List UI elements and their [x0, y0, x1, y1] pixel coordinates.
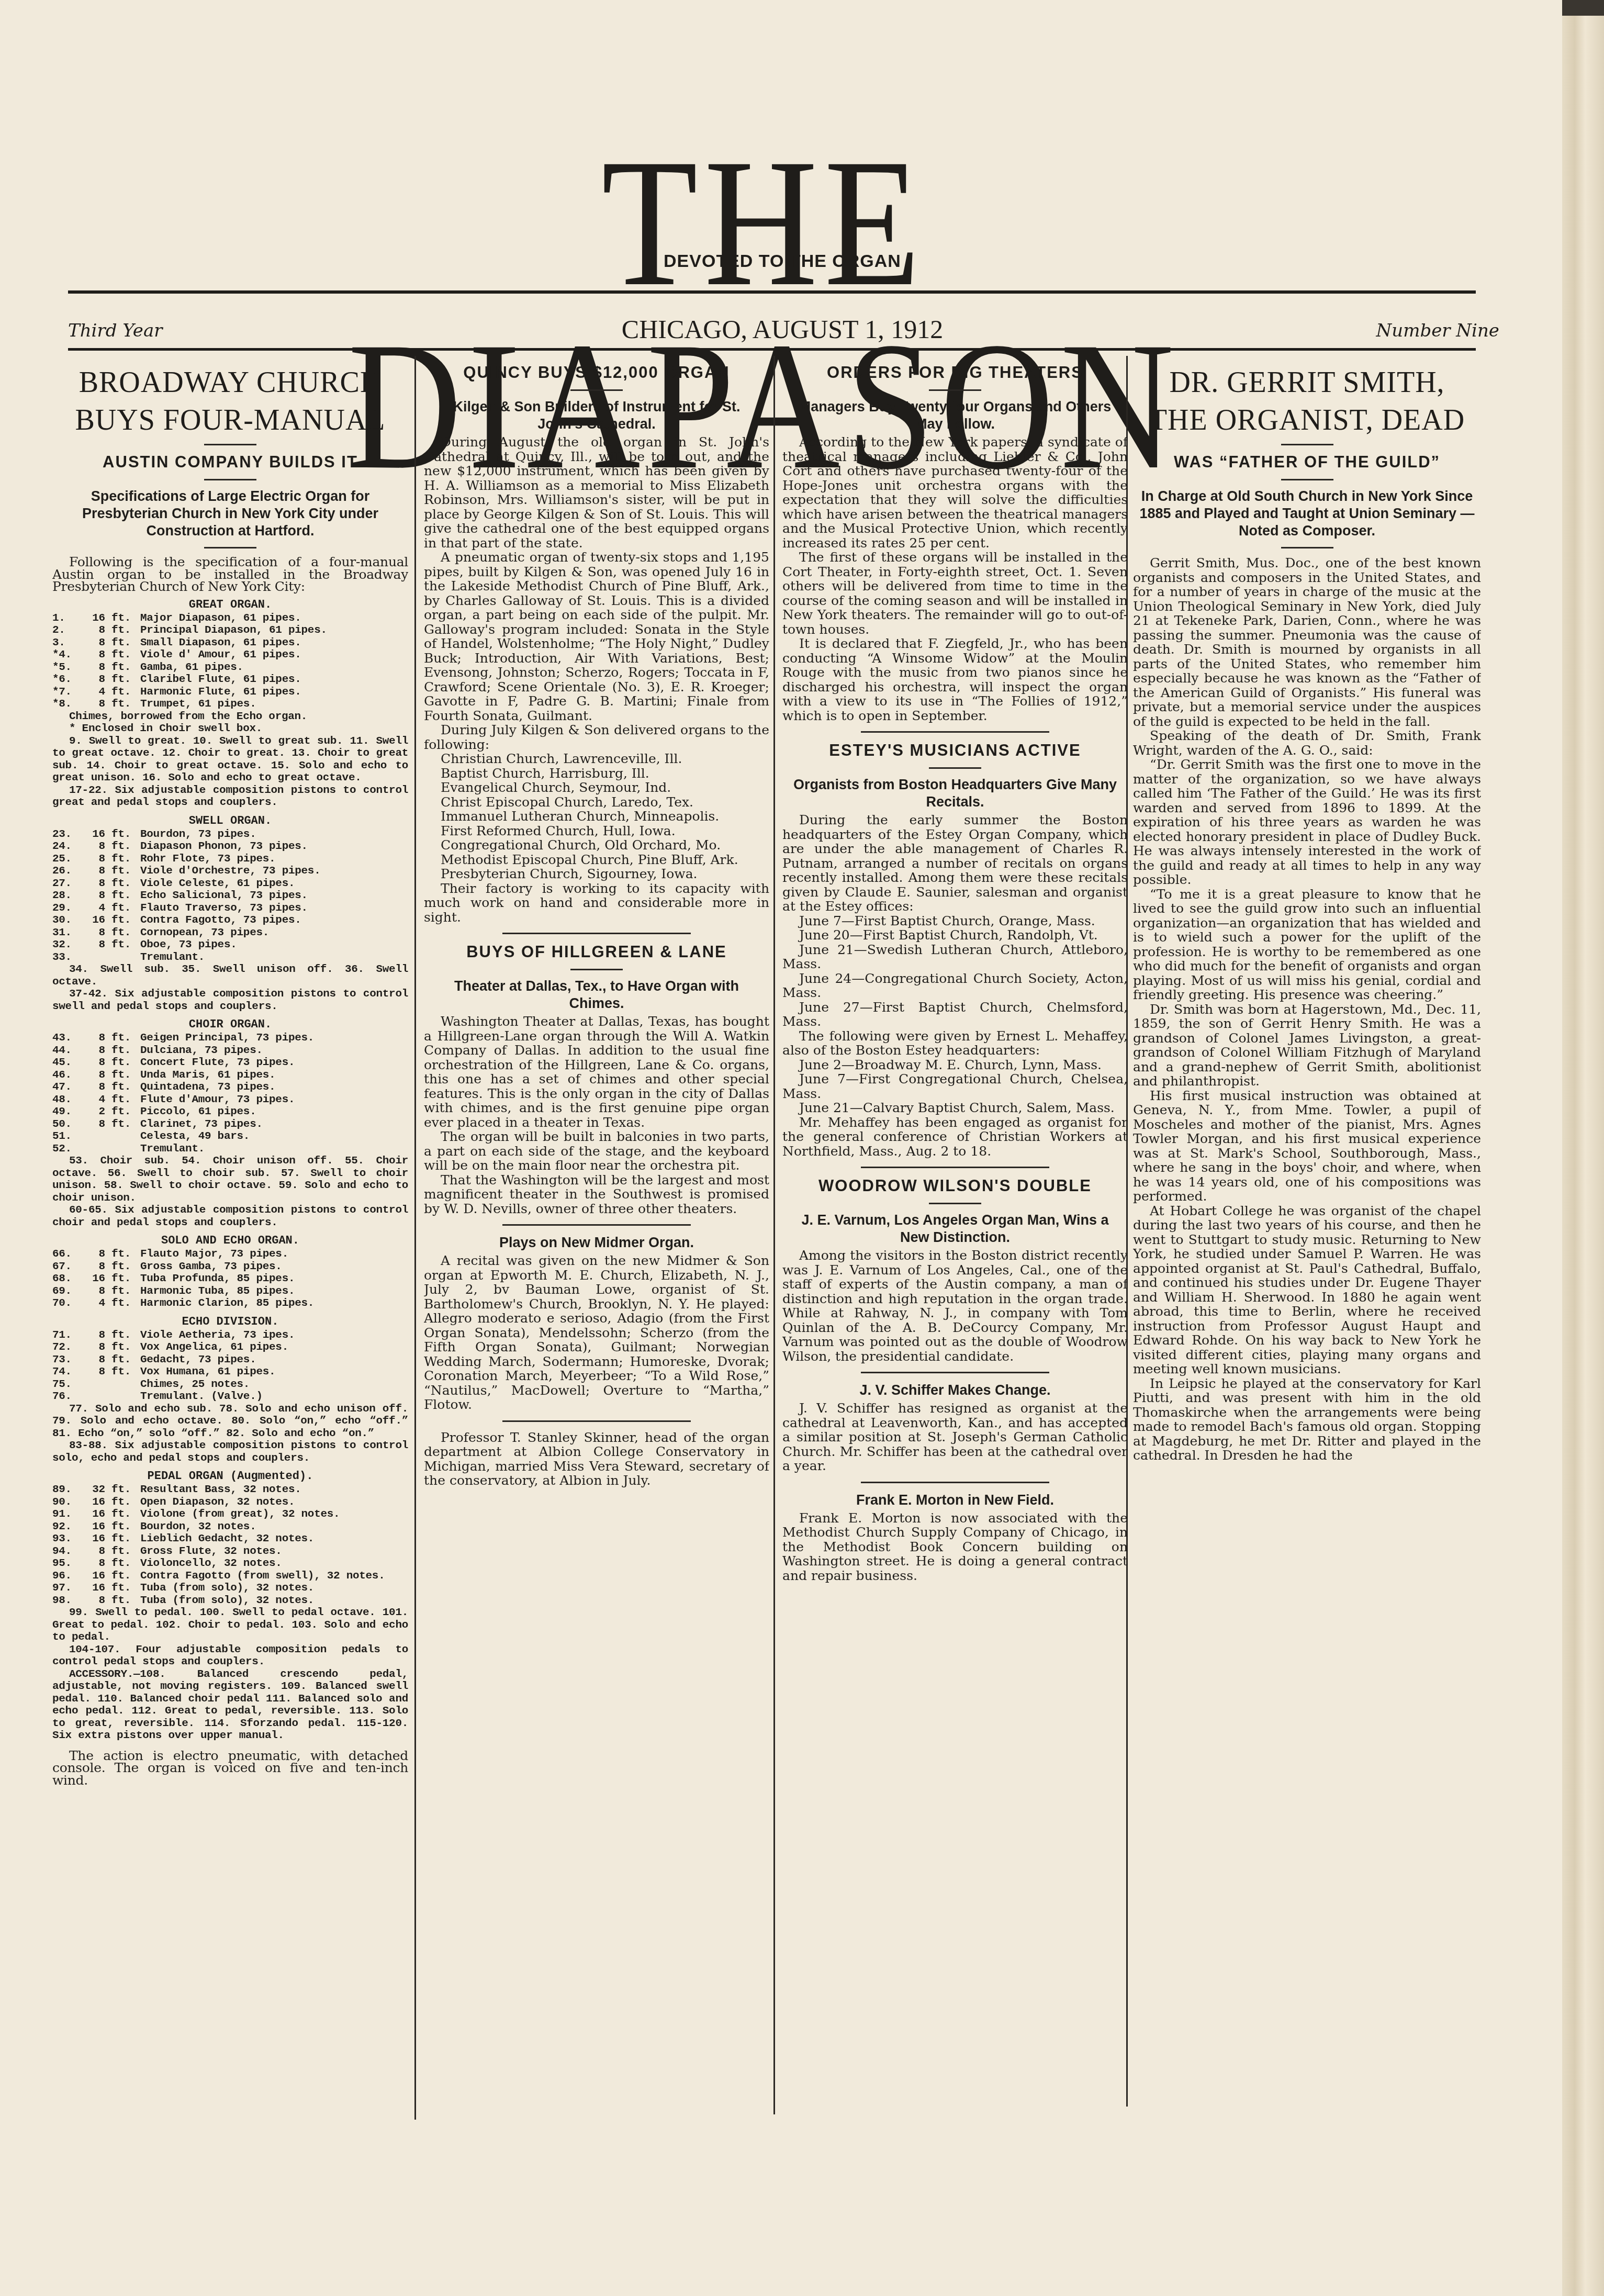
- stop-number: 68.: [52, 1273, 85, 1285]
- stop-row: 33.Tremulant.: [52, 951, 408, 964]
- stop-row: 27.8 ft.Viole Celeste, 61 pipes.: [52, 878, 408, 890]
- stop-number: 95.: [52, 1558, 85, 1570]
- stop-number: 23.: [52, 828, 85, 841]
- paragraph: “To me it is a great pleasure to know th…: [1133, 887, 1481, 1002]
- stop-name: Open Diapason, 32 notes.: [140, 1496, 408, 1509]
- stop-pitch: 8 ft.: [85, 1558, 140, 1570]
- stop-number: 92.: [52, 1521, 85, 1533]
- headline-divider: [929, 389, 981, 391]
- stop-row: 26.8 ft.Viole d'Orchestre, 73 pipes.: [52, 865, 408, 878]
- stop-pitch: 8 ft.: [85, 1354, 140, 1367]
- stop-name: Small Diapason, 61 pipes.: [140, 637, 408, 649]
- stop-number: 47.: [52, 1081, 85, 1094]
- stop-pitch: 8 ft.: [85, 927, 140, 939]
- stop-name: Trumpet, 61 pipes.: [140, 698, 408, 711]
- paragraph: Methodist Episcopal Church, Pine Bluff, …: [424, 853, 769, 867]
- paragraph: 104-107. Four adjustable composition ped…: [52, 1644, 408, 1668]
- stop-row: 52.Tremulant.: [52, 1143, 408, 1156]
- stop-pitch: 16 ft.: [85, 914, 140, 927]
- stop-name: Viole Aetheria, 73 ipes.: [140, 1329, 408, 1342]
- stop-pitch: 8 ft.: [85, 1261, 140, 1273]
- headline-line-1: DR. GERRIT SMITH,: [1133, 366, 1481, 399]
- stop-number: *5.: [52, 662, 85, 674]
- paragraph: Baptist Church, Harrisburg, Ill.: [424, 766, 769, 781]
- stop-pitch: 8 ft.: [85, 1285, 140, 1298]
- stop-name: Tremulant. (Valve.): [140, 1391, 408, 1403]
- headline-divider: [204, 479, 256, 480]
- stop-number: 70.: [52, 1297, 85, 1310]
- issue-number: Number Nine: [1376, 320, 1499, 341]
- stop-pitch: 8 ft.: [85, 890, 140, 902]
- headline-divider: [1281, 479, 1333, 480]
- paragraph: ACCESSORY.—108. Balanced crescendo pedal…: [52, 1668, 408, 1742]
- stop-pitch: 8 ft.: [85, 649, 140, 662]
- stop-row: 49.2 ft.Piccolo, 61 pipes.: [52, 1106, 408, 1118]
- stop-row: 3.8 ft.Small Diapason, 61 pipes.: [52, 637, 408, 649]
- stop-name: Vox Humana, 61 pipes.: [140, 1366, 408, 1379]
- stop-pitch: 8 ft.: [85, 1341, 140, 1354]
- paragraph: 99. Swell to pedal. 100. Swell to pedal …: [52, 1607, 408, 1644]
- stop-pitch: 8 ft.: [85, 1248, 140, 1261]
- article-body: According to the New York papers, a synd…: [782, 435, 1128, 723]
- stop-name: Violone (from great), 32 notes.: [140, 1508, 408, 1521]
- stop-name: Viole d'Orchestre, 73 pipes.: [140, 865, 408, 878]
- stop-name: Flauto Major, 73 pipes.: [140, 1248, 408, 1261]
- stop-name: Contra Fagotto, 73 pipes.: [140, 914, 408, 927]
- section-choir-organ: CHOIR ORGAN.: [52, 1018, 408, 1031]
- binding-shadow: [1562, 0, 1604, 16]
- stop-name: Bourdon, 32 notes.: [140, 1521, 408, 1533]
- stop-number: *8.: [52, 698, 85, 711]
- stop-name: Gross Gamba, 73 pipes.: [140, 1261, 408, 1273]
- stop-row: 51.Celesta, 49 bars.: [52, 1130, 408, 1143]
- column-3: ORDERS FOR BIG THEATERS Managers Buy Twe…: [782, 361, 1128, 2244]
- stop-number: 67.: [52, 1261, 85, 1273]
- headline-divider: [570, 389, 623, 391]
- stop-pitch: 8 ft.: [85, 698, 140, 711]
- stop-number: 27.: [52, 878, 85, 890]
- article-subhead: Theater at Dallas, Tex., to Have Organ w…: [429, 978, 764, 1012]
- stop-number: 49.: [52, 1106, 85, 1118]
- stop-number: 46.: [52, 1069, 85, 1082]
- dateline: CHICAGO, AUGUST 1, 1912: [0, 314, 1565, 344]
- headline-divider: [570, 969, 623, 970]
- stop-number: 76.: [52, 1391, 85, 1403]
- notes-choir: 53. Choir sub. 54. Choir unison off. 55.…: [52, 1155, 408, 1229]
- stop-row: 23.16 ft.Bourdon, 73 pipes.: [52, 828, 408, 841]
- stop-number: 30.: [52, 914, 85, 927]
- stop-name: Contra Fagotto (from swell), 32 notes.: [140, 1570, 408, 1583]
- article-midmer: Plays on New Midmer Organ. A recital was…: [424, 1234, 769, 1412]
- paragraph: During the early summer the Boston headq…: [782, 813, 1128, 914]
- stop-pitch: 8 ft.: [85, 1081, 140, 1094]
- stop-row: 98.8 ft.Tuba (from solo), 32 notes.: [52, 1595, 408, 1607]
- headline: ESTEY'S MUSICIANS ACTIVE: [782, 741, 1128, 760]
- stop-pitch: 8 ft.: [85, 637, 140, 649]
- notes-pedal: 99. Swell to pedal. 100. Swell to pedal …: [52, 1607, 408, 1742]
- stop-number: *7.: [52, 686, 85, 699]
- stop-name: Clarinet, 73 pipes.: [140, 1118, 408, 1131]
- stop-row: 69.8 ft.Harmonic Tuba, 85 pipes.: [52, 1285, 408, 1298]
- stop-pitch: 8 ft.: [85, 1032, 140, 1045]
- article-separator: [502, 1420, 691, 1422]
- stop-name: Viole Celeste, 61 pipes.: [140, 878, 408, 890]
- paragraph: 77. Solo and echo sub. 78. Solo and echo…: [52, 1403, 408, 1440]
- stop-name: Claribel Flute, 61 pipes.: [140, 674, 408, 686]
- stop-name: Chimes, 25 notes.: [140, 1379, 408, 1391]
- paragraph: Speaking of the death of Dr. Smith, Fran…: [1133, 729, 1481, 757]
- stop-pitch: 16 ft.: [85, 1582, 140, 1595]
- stop-row: 74.8 ft.Vox Humana, 61 pipes.: [52, 1366, 408, 1379]
- stop-row: 71.8 ft.Viole Aetheria, 73 ipes.: [52, 1329, 408, 1342]
- stop-number: 74.: [52, 1366, 85, 1379]
- stop-number: 96.: [52, 1570, 85, 1583]
- paragraph: Mr. Mehaffey has been engaged as organis…: [782, 1115, 1128, 1159]
- stop-pitch: [85, 1379, 140, 1391]
- column-1: BROADWAY CHURCH BUYS FOUR-MANUAL AUSTIN …: [52, 361, 408, 2244]
- stop-name: Major Diapason, 61 pipes.: [140, 612, 408, 625]
- paragraph: 60-65. Six adjustable composition piston…: [52, 1204, 408, 1229]
- stop-name: Piccolo, 61 pipes.: [140, 1106, 408, 1118]
- article-big-theaters: ORDERS FOR BIG THEATERS Managers Buy Twe…: [782, 363, 1128, 723]
- paragraph: Evangelical Church, Seymour, Ind.: [424, 780, 769, 795]
- stop-pitch: 8 ft.: [85, 1045, 140, 1057]
- article-deck: WAS “FATHER OF THE GUILD”: [1133, 453, 1481, 472]
- stop-number: 26.: [52, 865, 85, 878]
- stop-number: 72.: [52, 1341, 85, 1354]
- stop-pitch: [85, 1143, 140, 1156]
- stop-name: Rohr Flote, 73 pipes.: [140, 853, 408, 866]
- stop-name: Principal Diapason, 61 pipes.: [140, 624, 408, 637]
- stop-pitch: 32 ft.: [85, 1484, 140, 1496]
- article-subhead: Managers Buy Twenty-four Organs and Othe…: [788, 398, 1123, 433]
- stop-pitch: 16 ft.: [85, 1521, 140, 1533]
- stop-row: 46.8 ft.Unda Maris, 61 pipes.: [52, 1069, 408, 1082]
- paragraph: 83-88. Six adjustable composition piston…: [52, 1440, 408, 1464]
- stop-list-echo: 71.8 ft.Viole Aetheria, 73 ipes.72.8 ft.…: [52, 1329, 408, 1403]
- paragraph: June 24—Congregational Church Society, A…: [782, 971, 1128, 1000]
- stop-number: 50.: [52, 1118, 85, 1131]
- paragraph: Christ Episcopal Church, Laredo, Tex.: [424, 795, 769, 810]
- article-separator: [861, 731, 1049, 733]
- article-quincy: QUINCY BUYS $12,000 ORGAN Kilgen & Son B…: [424, 363, 769, 924]
- stop-row: 25.8 ft.Rohr Flote, 73 pipes.: [52, 853, 408, 866]
- stop-number: 94.: [52, 1545, 85, 1558]
- paragraph: A recital was given on the new Midmer & …: [424, 1253, 769, 1412]
- stop-list-great: 1.16 ft.Major Diapason, 61 pipes.2.8 ft.…: [52, 612, 408, 711]
- stop-number: 33.: [52, 951, 85, 964]
- stop-name: Vox Angelica, 61 pipes.: [140, 1341, 408, 1354]
- stop-pitch: 8 ft.: [85, 853, 140, 866]
- stop-row: 90.16 ft.Open Diapason, 32 notes.: [52, 1496, 408, 1509]
- stop-number: 91.: [52, 1508, 85, 1521]
- paragraph: His first musical instruction was obtain…: [1133, 1089, 1481, 1204]
- stop-name: Quintadena, 73 pipes.: [140, 1081, 408, 1094]
- stop-row: 47.8 ft.Quintadena, 73 pipes.: [52, 1081, 408, 1094]
- masthead-tagline: DEVOTED TO THE ORGAN: [0, 251, 1565, 272]
- stop-row: 30.16 ft.Contra Fagotto, 73 pipes.: [52, 914, 408, 927]
- stop-pitch: 16 ft.: [85, 612, 140, 625]
- stop-number: 51.: [52, 1130, 85, 1143]
- stop-number: 71.: [52, 1329, 85, 1342]
- article-subhead: Specifications of Large Electric Organ f…: [58, 488, 403, 540]
- notes-swell: 34. Swell sub. 35. Swell unison off. 36.…: [52, 964, 408, 1013]
- paragraph: The organ will be built in balconies in …: [424, 1129, 769, 1173]
- stop-name: Viole d' Amour, 61 pipes.: [140, 649, 408, 662]
- headline-divider: [204, 547, 256, 548]
- stop-list-solo: 66.8 ft.Flauto Major, 73 pipes.67.8 ft.G…: [52, 1248, 408, 1310]
- stop-pitch: 4 ft.: [85, 902, 140, 915]
- stop-name: Harmonic Clarion, 85 pipes.: [140, 1297, 408, 1310]
- stop-name: Celesta, 49 bars.: [140, 1130, 408, 1143]
- paragraph: A pneumatic organ of twenty-six stops an…: [424, 550, 769, 723]
- stop-pitch: 16 ft.: [85, 1496, 140, 1509]
- stop-pitch: 8 ft.: [85, 624, 140, 637]
- stop-number: 48.: [52, 1094, 85, 1106]
- stop-number: 73.: [52, 1354, 85, 1367]
- stop-row: *6.8 ft.Claribel Flute, 61 pipes.: [52, 674, 408, 686]
- article-gerrit-smith: DR. GERRIT SMITH, THE ORGANIST, DEAD WAS…: [1133, 366, 1481, 1463]
- stop-name: Gross Flute, 32 notes.: [140, 1545, 408, 1558]
- headline: Plays on New Midmer Organ.: [429, 1234, 764, 1251]
- article-body: Gerrit Smith, Mus. Doc., one of the best…: [1133, 556, 1481, 1463]
- stop-row: 48.4 ft.Flute d'Amour, 73 pipes.: [52, 1094, 408, 1106]
- stop-pitch: 8 ft.: [85, 1545, 140, 1558]
- stop-pitch: 8 ft.: [85, 878, 140, 890]
- stop-row: *7.4 ft.Harmonic Flute, 61 pipes.: [52, 686, 408, 699]
- stop-row: 68.16 ft.Tuba Profunda, 85 pipes.: [52, 1273, 408, 1285]
- stop-number: 66.: [52, 1248, 85, 1261]
- stop-pitch: 16 ft.: [85, 1273, 140, 1285]
- headline: QUINCY BUYS $12,000 ORGAN: [424, 363, 769, 382]
- headline-line-2: BUYS FOUR-MANUAL: [52, 404, 408, 436]
- stop-pitch: 2 ft.: [85, 1106, 140, 1118]
- article-subhead: Organists from Boston Headquarters Give …: [788, 776, 1123, 811]
- stop-name: Oboe, 73 pipes.: [140, 939, 408, 951]
- paragraph: June 7—First Congregational Church, Chel…: [782, 1072, 1128, 1101]
- article-body: J. V. Schiffer has resigned as organist …: [782, 1401, 1128, 1473]
- paragraph: Dr. Smith was born at Hagerstown, Md., D…: [1133, 1002, 1481, 1089]
- stop-number: 24.: [52, 841, 85, 853]
- stop-list-choir: 43.8 ft.Geigen Principal, 73 pipes.44.8 …: [52, 1032, 408, 1155]
- section-swell-organ: SWELL ORGAN.: [52, 814, 408, 827]
- headline: J. V. Schiffer Makes Change.: [788, 1382, 1123, 1399]
- stop-row: 75.Chimes, 25 notes.: [52, 1379, 408, 1391]
- article-subhead: In Charge at Old South Church in New Yor…: [1138, 488, 1476, 540]
- stop-name: Gedacht, 73 pipes.: [140, 1354, 408, 1367]
- stop-row: 43.8 ft.Geigen Principal, 73 pipes.: [52, 1032, 408, 1045]
- article-morton: Frank E. Morton in New Field. Frank E. M…: [782, 1492, 1128, 1583]
- stop-number: 3.: [52, 637, 85, 649]
- stop-pitch: 16 ft.: [85, 1570, 140, 1583]
- paragraph: Frank E. Morton is now associated with t…: [782, 1511, 1128, 1583]
- stop-row: *8.8 ft.Trumpet, 61 pipes.: [52, 698, 408, 711]
- paragraph: * Enclosed in Choir swell box.: [52, 723, 408, 735]
- stop-number: 2.: [52, 624, 85, 637]
- paragraph: Presbyterian Church, Sigourney, Iowa.: [424, 867, 769, 881]
- stop-name: Diapason Phonon, 73 pipes.: [140, 841, 408, 853]
- headline-divider: [204, 444, 256, 445]
- section-great-organ: GREAT ORGAN.: [52, 598, 408, 611]
- stop-number: 28.: [52, 890, 85, 902]
- column-divider: [414, 356, 416, 2120]
- stop-number: 32.: [52, 939, 85, 951]
- paragraph: June 21—Swedish Lutheran Church, Attlebo…: [782, 943, 1128, 971]
- paragraph: Professor T. Stanley Skinner, head of th…: [424, 1430, 769, 1488]
- paragraph: June 2—Broadway M. E. Church, Lynn, Mass…: [782, 1058, 1128, 1072]
- article-schiffer: J. V. Schiffer Makes Change. J. V. Schif…: [782, 1382, 1128, 1473]
- stop-number: *6.: [52, 674, 85, 686]
- section-solo-echo-organ: SOLO AND ECHO ORGAN.: [52, 1234, 408, 1247]
- stop-name: Tremulant.: [140, 1143, 408, 1156]
- headline: ORDERS FOR BIG THEATERS: [782, 363, 1128, 382]
- paragraph: Congregational Church, Old Orchard, Mo.: [424, 838, 769, 853]
- paragraph: June 7—First Baptist Church, Orange, Mas…: [782, 914, 1128, 928]
- column-4: DR. GERRIT SMITH, THE ORGANIST, DEAD WAS…: [1133, 361, 1481, 2244]
- delivery-list: Christian Church, Lawrenceville, Ill.Bap…: [424, 752, 769, 881]
- paragraph: Among the visitors in the Boston distric…: [782, 1248, 1128, 1363]
- stop-row: 50.8 ft.Clarinet, 73 pipes.: [52, 1118, 408, 1131]
- stop-name: Unda Maris, 61 pipes.: [140, 1069, 408, 1082]
- stop-number: 31.: [52, 927, 85, 939]
- stop-number: 69.: [52, 1285, 85, 1298]
- paragraph: 37-42. Six adjustable composition piston…: [52, 988, 408, 1013]
- stop-number: 98.: [52, 1595, 85, 1607]
- paragraph: At Hobart College he was organist of the…: [1133, 1204, 1481, 1376]
- stop-pitch: 8 ft.: [85, 841, 140, 853]
- stop-pitch: 16 ft.: [85, 1533, 140, 1545]
- stop-number: 52.: [52, 1143, 85, 1156]
- stop-row: 32.8 ft.Oboe, 73 pipes.: [52, 939, 408, 951]
- paragraph: Chimes, borrowed from the Echo organ.: [52, 711, 408, 723]
- stop-number: 25.: [52, 853, 85, 866]
- stop-name: Resultant Bass, 32 notes.: [140, 1484, 408, 1496]
- stop-name: Flute d'Amour, 73 pipes.: [140, 1094, 408, 1106]
- stop-pitch: 8 ft.: [85, 662, 140, 674]
- paragraph: It is declared that F. Ziegfeld, Jr., wh…: [782, 636, 1128, 723]
- stop-pitch: 8 ft.: [85, 1366, 140, 1379]
- masthead-rule: [68, 290, 1476, 294]
- column-divider: [773, 356, 775, 2114]
- stop-row: 76.Tremulant. (Valve.): [52, 1391, 408, 1403]
- article-body: Professor T. Stanley Skinner, head of th…: [424, 1430, 769, 1488]
- article-separator: [502, 933, 691, 934]
- headline-line-1: BROADWAY CHURCH: [52, 366, 408, 399]
- headline: WOODROW WILSON'S DOUBLE: [782, 1177, 1128, 1195]
- stop-pitch: 8 ft.: [85, 865, 140, 878]
- paragraph: June 27—First Baptist Church, Chelmsford…: [782, 1000, 1128, 1029]
- article-separator: [861, 1482, 1049, 1483]
- stop-row: 31.8 ft.Cornopean, 73 pipes.: [52, 927, 408, 939]
- stop-pitch: 8 ft.: [85, 1118, 140, 1131]
- stop-name: Tuba (from solo), 32 notes.: [140, 1595, 408, 1607]
- stop-pitch: 8 ft.: [85, 1595, 140, 1607]
- page-binding-edge: [1562, 0, 1604, 2296]
- article-separator: [861, 1167, 1049, 1168]
- paragraph: 34. Swell sub. 35. Swell unison off. 36.…: [52, 964, 408, 988]
- headline-divider: [1281, 547, 1333, 548]
- notes-great: Chimes, borrowed from the Echo organ.* E…: [52, 711, 408, 809]
- article-closing: Their factory is working to its capacity…: [424, 881, 769, 925]
- stop-number: 43.: [52, 1032, 85, 1045]
- stop-row: 67.8 ft.Gross Gamba, 73 pipes.: [52, 1261, 408, 1273]
- article-broadway-church: BROADWAY CHURCH BUYS FOUR-MANUAL AUSTIN …: [52, 366, 408, 1786]
- article-hillgreen-lane: BUYS OF HILLGREEN & LANE Theater at Dall…: [424, 943, 769, 1216]
- stop-row: 72.8 ft.Vox Angelica, 61 pipes.: [52, 1341, 408, 1354]
- article-subhead: Kilgen & Son Builders of Instrument for …: [429, 398, 764, 433]
- paragraph: 53. Choir sub. 54. Choir unison off. 55.…: [52, 1155, 408, 1204]
- stop-pitch: 4 ft.: [85, 686, 140, 699]
- paragraph: “Dr. Gerrit Smith was the first one to m…: [1133, 757, 1481, 887]
- stop-pitch: 4 ft.: [85, 1094, 140, 1106]
- stop-row: *5.8 ft.Gamba, 61 pipes.: [52, 662, 408, 674]
- article-subhead: J. E. Varnum, Los Angeles Organ Man, Win…: [788, 1212, 1123, 1246]
- stop-row: 97.16 ft.Tuba (from solo), 32 notes.: [52, 1582, 408, 1595]
- stop-row: 93.16 ft.Lieblich Gedacht, 32 notes.: [52, 1533, 408, 1545]
- article-closing: The action is electro pneumatic, with de…: [52, 1750, 408, 1787]
- stop-number: 97.: [52, 1582, 85, 1595]
- stop-pitch: 16 ft.: [85, 1508, 140, 1521]
- headline-line-2: THE ORGANIST, DEAD: [1133, 404, 1481, 436]
- stop-name: Geigen Principal, 73 pipes.: [140, 1032, 408, 1045]
- paragraph: J. V. Schiffer has resigned as organist …: [782, 1401, 1128, 1473]
- stop-row: 2.8 ft.Principal Diapason, 61 pipes.: [52, 624, 408, 637]
- stop-name: Tremulant.: [140, 951, 408, 964]
- paragraph: According to the New York papers, a synd…: [782, 435, 1128, 550]
- stop-pitch: 8 ft.: [85, 939, 140, 951]
- article-separator: [861, 1372, 1049, 1373]
- stop-name: Violoncello, 32 notes.: [140, 1558, 408, 1570]
- stop-name: Echo Salicional, 73 pipes.: [140, 890, 408, 902]
- stop-name: Cornopean, 73 pipes.: [140, 927, 408, 939]
- article-skinner: Professor T. Stanley Skinner, head of th…: [424, 1430, 769, 1488]
- paragraph: 17-22. Six adjustable composition piston…: [52, 785, 408, 809]
- headline-divider: [929, 767, 981, 769]
- headline-divider: [1281, 444, 1333, 445]
- stop-pitch: [85, 1391, 140, 1403]
- section-echo-division: ECHO DIVISION.: [52, 1315, 408, 1328]
- stop-name: Concert Flute, 73 pipes.: [140, 1057, 408, 1069]
- stop-pitch: 8 ft.: [85, 674, 140, 686]
- article-estey: ESTEY'S MUSICIANS ACTIVE Organists from …: [782, 741, 1128, 1158]
- stop-name: Harmonic Tuba, 85 pipes.: [140, 1285, 408, 1298]
- stop-name: Tuba Profunda, 85 pipes.: [140, 1273, 408, 1285]
- paragraph: The following were given by Ernest L. Me…: [782, 1029, 1128, 1058]
- stop-number: 93.: [52, 1533, 85, 1545]
- paragraph: Christian Church, Lawrenceville, Ill.: [424, 752, 769, 766]
- stop-number: 29.: [52, 902, 85, 915]
- column-2: QUINCY BUYS $12,000 ORGAN Kilgen & Son B…: [424, 361, 769, 2244]
- paragraph: Washington Theater at Dallas, Texas, has…: [424, 1014, 769, 1129]
- article-body: A recital was given on the new Midmer & …: [424, 1253, 769, 1412]
- stop-row: 92.16 ft.Bourdon, 32 notes.: [52, 1521, 408, 1533]
- stop-number: 45.: [52, 1057, 85, 1069]
- article-intro: Following is the specification of a four…: [52, 556, 408, 593]
- article-separator: [502, 1224, 691, 1226]
- headline-divider: [929, 1203, 981, 1204]
- stop-name: Harmonic Flute, 61 pipes.: [140, 686, 408, 699]
- stop-list-swell: 23.16 ft.Bourdon, 73 pipes.24.8 ft.Diapa…: [52, 828, 408, 964]
- stop-row: 28.8 ft.Echo Salicional, 73 pipes.: [52, 890, 408, 902]
- article-body: Washington Theater at Dallas, Texas, has…: [424, 1014, 769, 1216]
- stop-number: 90.: [52, 1496, 85, 1509]
- article-body: During August the old organ in St. John'…: [424, 435, 769, 752]
- stop-row: 95.8 ft.Violoncello, 32 notes.: [52, 1558, 408, 1570]
- stop-number: 1.: [52, 612, 85, 625]
- paragraph: 9. Swell to great. 10. Swell to great su…: [52, 735, 408, 785]
- article-body: During the early summer the Boston headq…: [782, 813, 1128, 1158]
- stop-row: 73.8 ft.Gedacht, 73 pipes.: [52, 1354, 408, 1367]
